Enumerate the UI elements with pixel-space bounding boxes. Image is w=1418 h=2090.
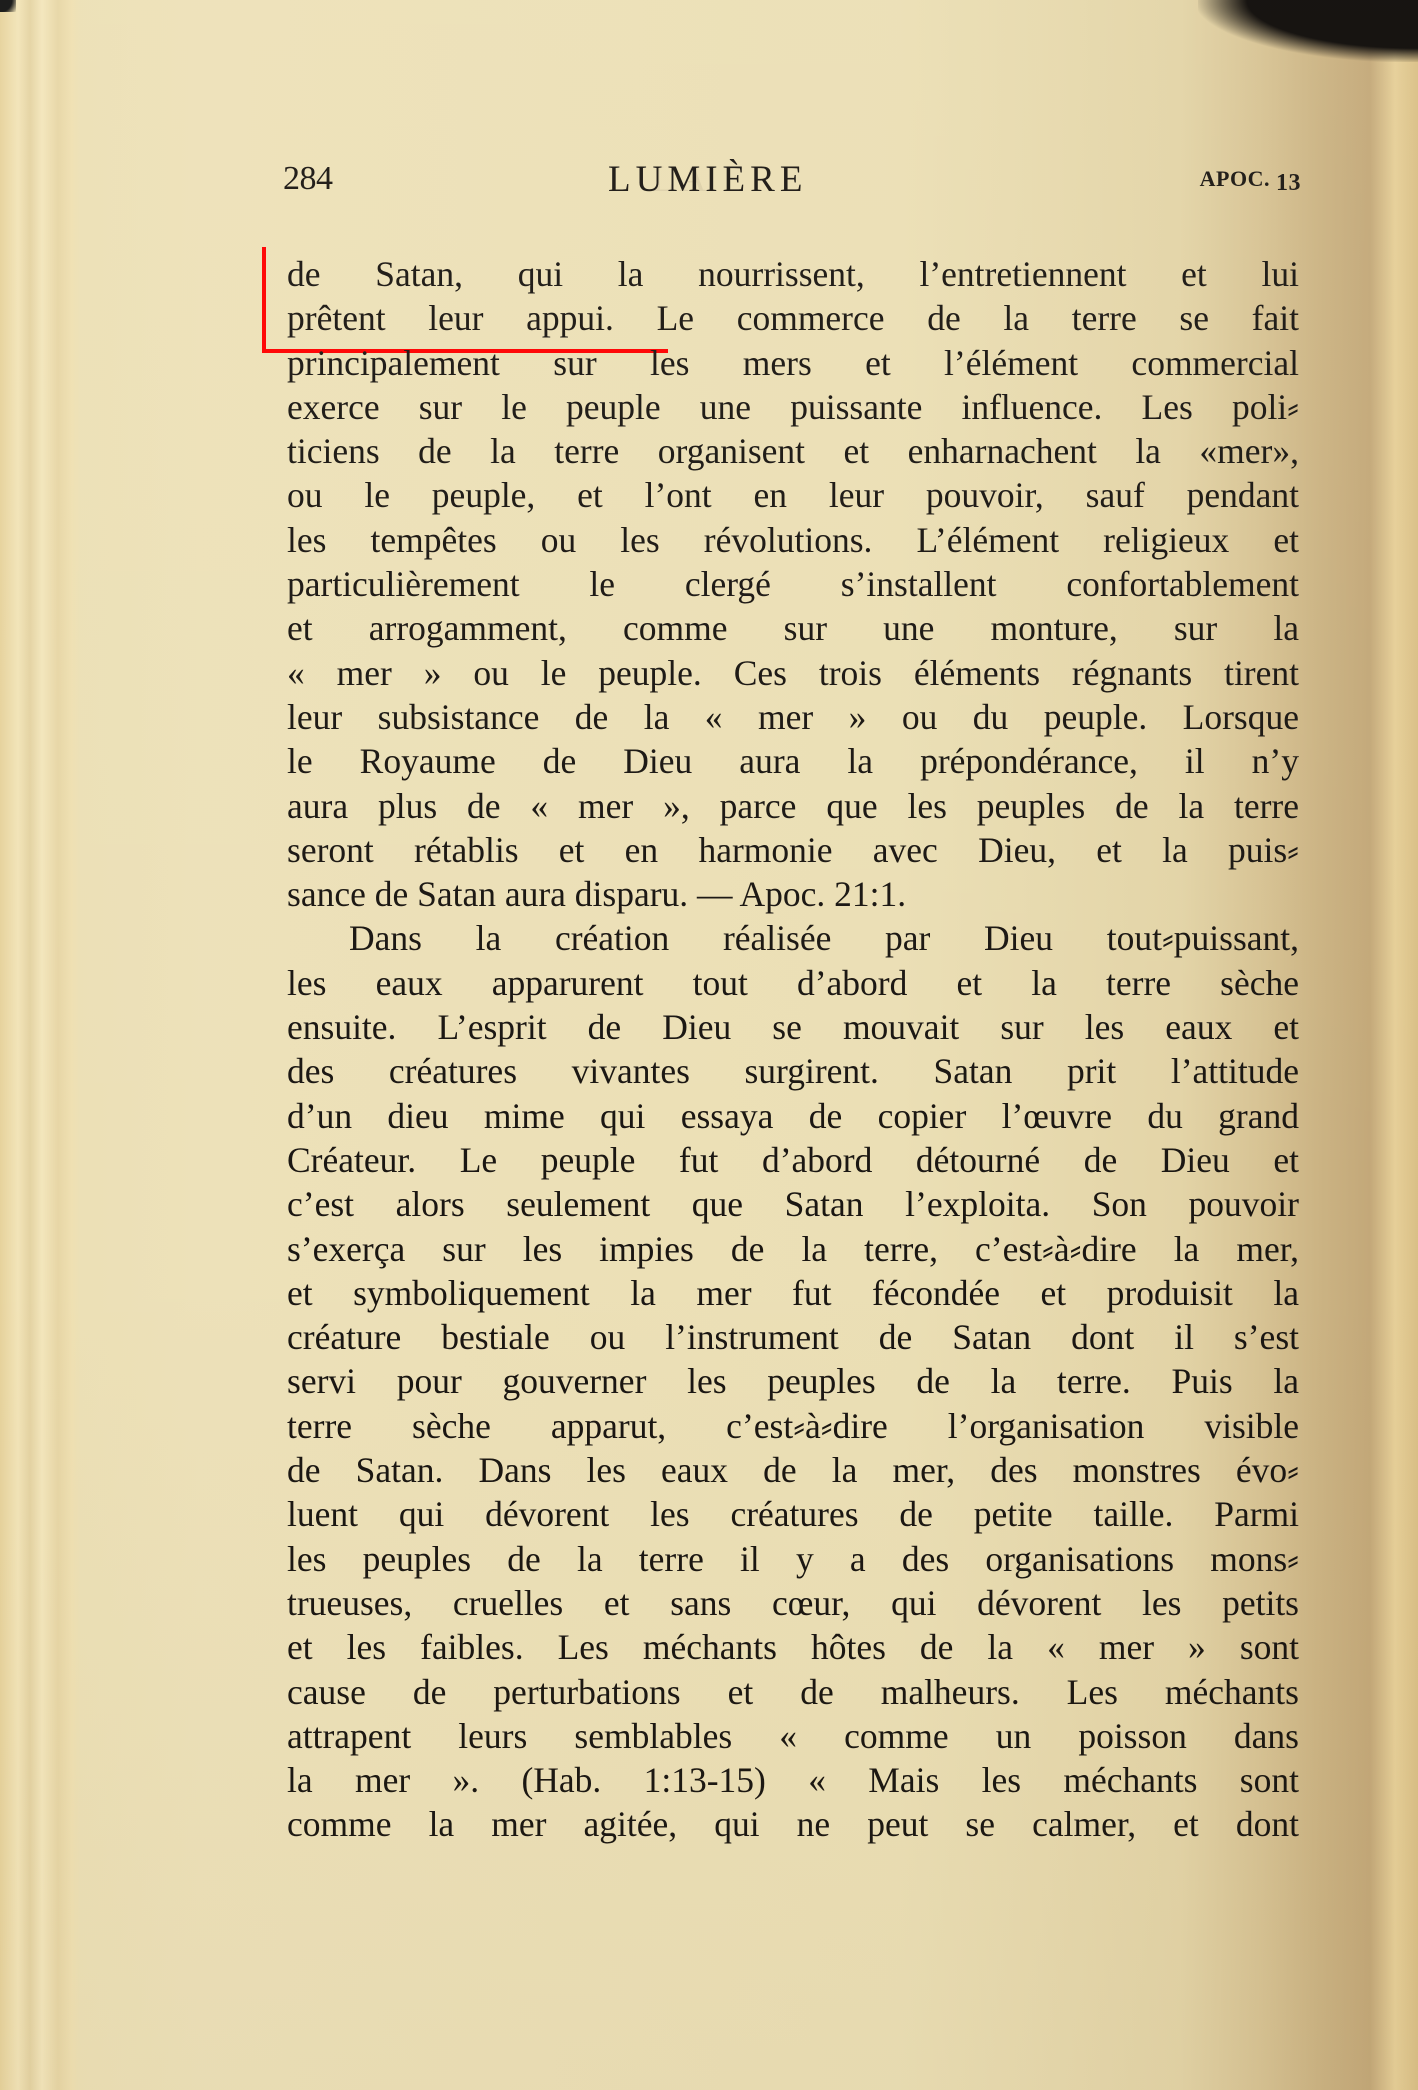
chapter-reference: APOC.13	[1200, 166, 1301, 193]
text-line: les eaux apparurent tout d’abord et la t…	[287, 961, 1299, 1005]
text-line: la mer ». (Hab. 1:13-15) « Mais les méch…	[287, 1758, 1299, 1802]
paragraph-end-line: sance de Satan aura disparu. — Apoc. 21:…	[287, 872, 1299, 916]
text-line: « mer » ou le peuple. Ces trois éléments…	[287, 651, 1299, 695]
red-annotation-bracket-vertical	[262, 247, 266, 353]
paragraph-start-line: Dans la création réalisée par Dieu tout⸗…	[287, 916, 1299, 960]
text-line: cause de perturbations et de malheurs. L…	[287, 1670, 1299, 1714]
text-line: leur subsistance de la « mer » ou du peu…	[287, 695, 1299, 739]
reference-book: APOC.	[1200, 166, 1270, 191]
text-line: trueuses, cruelles et sans cœur, qui dév…	[287, 1581, 1299, 1625]
text-line: attrapent leurs semblables « comme un po…	[287, 1714, 1299, 1758]
text-line: Créateur. Le peuple fut d’abord détourné…	[287, 1138, 1299, 1182]
page-curl-shadow	[1198, 0, 1418, 62]
red-annotation-bracket-horizontal	[262, 349, 668, 353]
text-line: des créatures vivantes surgirent. Satan …	[287, 1049, 1299, 1093]
running-title: LUMIÈRE	[608, 158, 807, 201]
text-line: de Satan. Dans les eaux de la mer, des m…	[287, 1448, 1299, 1492]
text-line: les peuples de la terre il y a des organ…	[287, 1537, 1299, 1581]
text-line: c’est alors seulement que Satan l’exploi…	[287, 1182, 1299, 1226]
text-line: s’exerça sur les impies de la terre, c’e…	[287, 1227, 1299, 1271]
text-line: particulièrement le clergé s’installent …	[287, 562, 1299, 606]
text-line: créature bestiale ou l’instrument de Sat…	[287, 1315, 1299, 1359]
reference-chapter: 13	[1276, 170, 1301, 196]
body-text: de Satan, qui la nourrissent, l’entretie…	[287, 252, 1299, 1847]
text-line: et symboliquement la mer fut fécondée et…	[287, 1271, 1299, 1315]
text-line: principalement sur les mers et l’élément…	[287, 341, 1299, 385]
text-line: de Satan, qui la nourrissent, l’entretie…	[287, 252, 1299, 296]
text-line: ticiens de la terre organisent et enharn…	[287, 429, 1299, 473]
text-line: prêtent leur appui. Le commerce de la te…	[287, 296, 1299, 340]
text-line: comme la mer agitée, qui ne peut se calm…	[287, 1802, 1299, 1846]
text-line: et les faibles. Les méchants hôtes de la…	[287, 1625, 1299, 1669]
text-line: et arrogamment, comme sur une monture, s…	[287, 606, 1299, 650]
text-line: seront rétablis et en harmonie avec Dieu…	[287, 828, 1299, 872]
text-line: les tempêtes ou les révolutions. L’éléme…	[287, 518, 1299, 562]
running-header: 284 LUMIÈRE APOC.13	[283, 158, 1301, 208]
corner-shadow	[0, 0, 16, 12]
text-line: d’un dieu mime qui essaya de copier l’œu…	[287, 1094, 1299, 1138]
bleed-through-title: LA	[652, 158, 711, 201]
text-line: le Royaume de Dieu aura la prépondérance…	[287, 739, 1299, 783]
text-line: aura plus de « mer », parce que les peup…	[287, 784, 1299, 828]
text-line: exerce sur le peuple une puissante influ…	[287, 385, 1299, 429]
text-line: servi pour gouverner les peuples de la t…	[287, 1359, 1299, 1403]
text-line: terre sèche apparut, c’est⸗à⸗dire l’orga…	[287, 1404, 1299, 1448]
text-line: ensuite. L’esprit de Dieu se mouvait sur…	[287, 1005, 1299, 1049]
page-number: 284	[283, 160, 333, 198]
text-line: luent qui dévorent les créatures de peti…	[287, 1492, 1299, 1536]
text-line: ou le peuple, et l’ont en leur pouvoir, …	[287, 473, 1299, 517]
book-page: LA 284 LUMIÈRE APOC.13 de Satan, qui la …	[0, 0, 1418, 2090]
